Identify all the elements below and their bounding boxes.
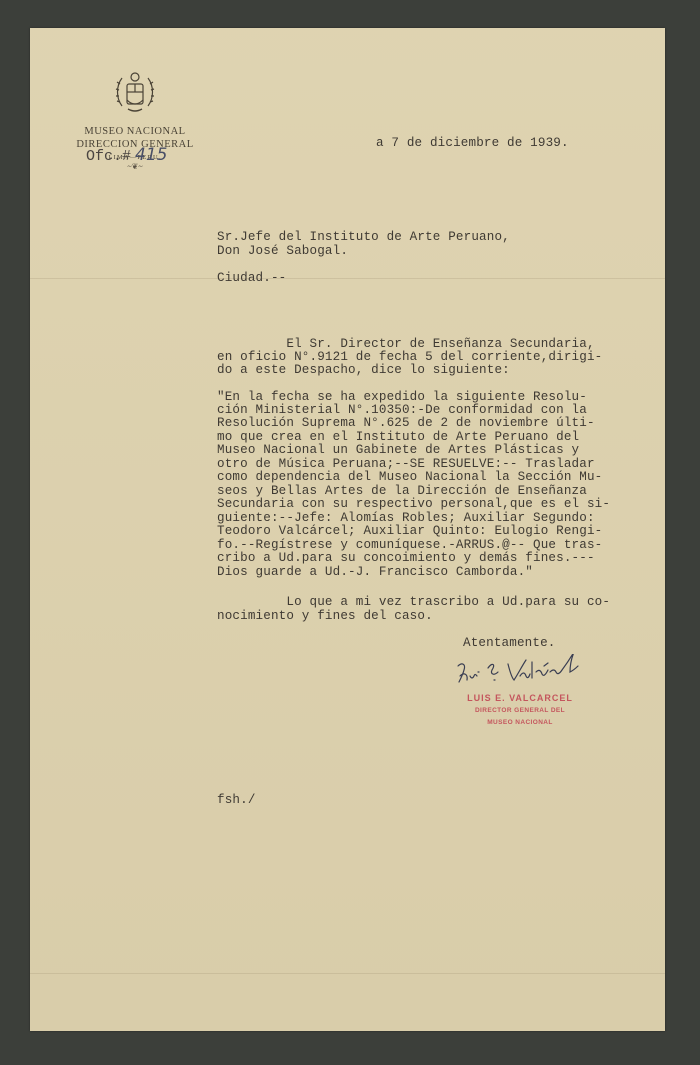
- quote-line: como dependencia del Museo Nacional la S…: [217, 471, 602, 484]
- stamp-title-line-1: DIRECTOR GENERAL DEL: [450, 706, 590, 715]
- quote-line: Dios guarde a Ud.-J. Francisco Camborda.…: [217, 566, 533, 579]
- office-reference: Ofc.#415: [86, 145, 167, 165]
- sign-off: Atentamente.: [463, 637, 556, 650]
- handwritten-signature-icon: [454, 654, 584, 690]
- addressee-line-2: Don José Sabogal.: [217, 245, 348, 258]
- quote-line: Teodoro Valcárcel; Auxiliar Quinto: Eulo…: [217, 525, 602, 538]
- quote-line: cribo a Ud.para su concoimiento y demás …: [217, 552, 595, 565]
- fold-crease: [30, 278, 665, 279]
- quote-line: Secundaria con su respectivo personal,qu…: [217, 498, 610, 511]
- letterhead-institution: MUSEO NACIONAL: [60, 125, 210, 138]
- closing-line: Lo que a mi vez trascribo a Ud.para su c…: [217, 596, 610, 609]
- addressee-line-1: Sr.Jefe del Instituto de Arte Peruano,: [217, 231, 510, 244]
- body-intro-line: do a este Despacho, dice lo siguiente:: [217, 364, 510, 377]
- quote-line: Museo Nacional un Gabinete de Artes Plás…: [217, 444, 579, 457]
- closing-line: nocimiento y fines del caso.: [217, 610, 433, 623]
- typist-initials: fsh./: [217, 794, 256, 807]
- letter-date: a 7 de diciembre de 1939.: [376, 137, 569, 150]
- office-reference-number: 415: [135, 145, 167, 165]
- official-stamp: LUIS E. VALCARCEL DIRECTOR GENERAL DEL M…: [450, 693, 590, 727]
- quote-line: Resolución Suprema N°.625 de 2 de noviem…: [217, 417, 595, 430]
- fold-crease: [30, 973, 665, 974]
- office-reference-label: Ofc.#: [86, 148, 131, 165]
- peru-coat-of-arms-icon: [114, 68, 156, 114]
- stamp-title-line-2: MUSEO NACIONAL: [450, 718, 590, 727]
- addressee-city: Ciudad.--: [217, 272, 286, 285]
- stamp-name: LUIS E. VALCARCEL: [450, 693, 590, 703]
